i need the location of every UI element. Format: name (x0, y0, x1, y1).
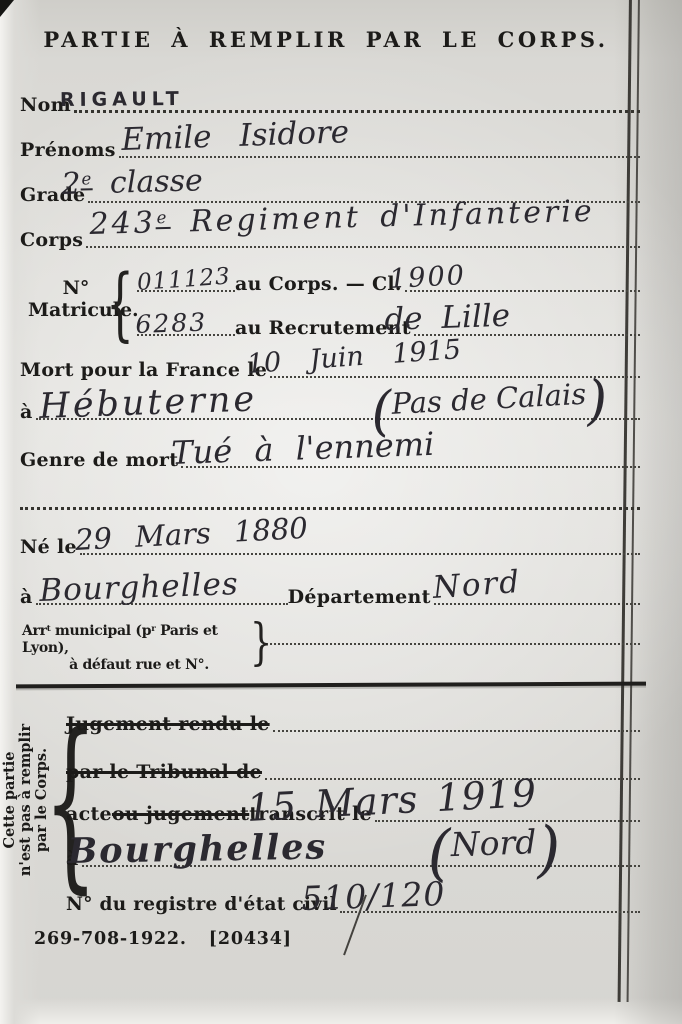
arr-municipal-label: Arrt municipal (pr Paris et Lyon), à déf… (22, 621, 256, 674)
acte-label-struck: ou jugement (112, 802, 249, 826)
grade-value: 2e classe (61, 163, 203, 202)
grade-value-ordinal: e (80, 169, 92, 190)
au-corps-label: au Corps. — Cl. (235, 272, 402, 296)
grade-value-text: classe (109, 163, 203, 200)
sidebar-note-line1: Cette partie (2, 700, 18, 900)
print-code: 269-708-1922. (34, 929, 187, 949)
nom-value: RIGAULT (60, 88, 184, 111)
corps-label: Corps (20, 228, 83, 252)
departement-label: Département (288, 585, 431, 609)
transcription-departement-text: Nord (450, 822, 537, 864)
registre-label: N° du registre d'état civil (66, 893, 337, 917)
dotted-line (119, 156, 640, 158)
form-title: PARTIE À REMPLIR PAR LE CORPS. (10, 27, 642, 52)
dotted-line (270, 643, 640, 645)
dotted-line (86, 246, 640, 248)
matricule-recrutement-number: 6283 (135, 308, 208, 339)
registre-value: 510/120 (301, 874, 446, 918)
acte-label-part1: acte (66, 802, 112, 826)
paren-close: ) (535, 813, 561, 885)
jugement-label-struck: Jugement rendu le (66, 712, 270, 736)
ne-le-label: Né le (20, 535, 77, 559)
mort-lieu-label: à (20, 400, 33, 424)
sidebar-note-rotated: Cette partie n'est pas à remplir par le … (2, 700, 48, 900)
matricule-brace-icon: { (106, 262, 134, 346)
naissance-lieu-label: à (20, 585, 33, 609)
dotted-line (20, 507, 640, 510)
departement-value: Nord (431, 564, 522, 606)
dotted-line (74, 110, 640, 113)
paren-close: ) (585, 368, 609, 432)
mort-departement-text: Pas de Calais (391, 377, 587, 421)
scan-corner-artifact (0, 0, 14, 17)
tribunal-label-struck: par le Tribunal de (66, 760, 262, 784)
mort-lieu-value: Hébuterne (39, 379, 258, 427)
field-row-jugement: Jugement rendu le (66, 706, 640, 736)
arr-abbrev: Arr (22, 623, 47, 639)
print-reference: 269-708-1922.[20434] (34, 929, 292, 949)
arr-municipal-line1: Arrt municipal (pr Paris et Lyon), (22, 623, 218, 656)
arr-municipal-brace-icon: } (250, 615, 272, 669)
arr-middle: municipal (p (50, 623, 151, 639)
classe-value: 1900 (388, 260, 466, 295)
grade-value-number: 2 (61, 167, 81, 202)
sidebar-note-line2: n'est pas à remplir (18, 700, 34, 900)
corps-value-ordinal: e (155, 208, 170, 229)
genre-mort-label: Genre de mort (20, 448, 178, 472)
naissance-lieu-value: Bourghelles (39, 566, 240, 609)
print-batch-number: [20434] (209, 929, 292, 949)
field-row-blank (20, 484, 640, 514)
arr-municipal-line2: à défaut rue et N°. (22, 657, 256, 674)
mort-le-label: Mort pour la France le (20, 358, 267, 382)
military-death-record-form: PARTIE À REMPLIR PAR LE CORPS. Nom RIGAU… (0, 0, 682, 1024)
prenoms-label: Prénoms (20, 138, 116, 162)
corps-value-number: 243 (89, 205, 156, 242)
dotted-line (80, 553, 640, 555)
recrutement-lieu-value: de Lille (384, 298, 511, 338)
dotted-line (273, 730, 640, 732)
transcription-departement-value: (Nord) (426, 821, 561, 875)
section-divider-rule (16, 682, 646, 689)
transcription-lieu-value: Bourghelles (67, 826, 327, 872)
